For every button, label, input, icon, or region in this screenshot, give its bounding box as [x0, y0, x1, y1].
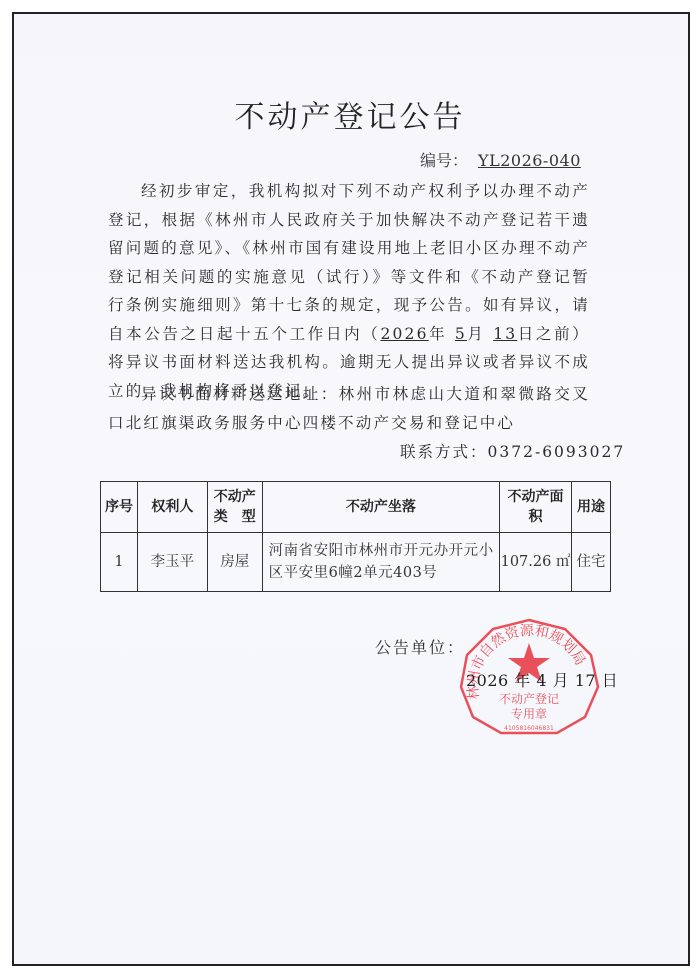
contact-info: 联系方式：0372-6093027 — [400, 440, 625, 462]
document-title: 不动产登记公告 — [0, 92, 700, 136]
header-type: 不动产类 型 — [207, 482, 262, 533]
cell-usage: 住宅 — [572, 533, 611, 592]
seal-code: 4105816046831 — [504, 725, 554, 732]
deadline-year: 2026 — [380, 325, 428, 343]
table-row: 1 李玉平 房屋 河南省安阳市林州市开元办开元小区平安里6幢2单元403号 10… — [101, 533, 611, 592]
cell-area: 107.26 ㎡ — [500, 533, 572, 592]
property-table: 序号 权利人 不动产类 型 不动产坐落 不动产面 积 用途 1 李玉平 房屋 河… — [100, 481, 611, 592]
objection-address-paragraph: 异议书面材料送达地址：林州市林虑山大道和翠微路交叉口北红旗渠政务服务中心四楼不动… — [108, 380, 590, 437]
cell-type: 房屋 — [207, 533, 262, 592]
deadline-month: 5 — [455, 325, 467, 343]
month-char: 月 — [467, 325, 486, 343]
table-header-row: 序号 权利人 不动产类 型 不动产坐落 不动产面 积 用途 — [101, 482, 611, 533]
header-owner: 权利人 — [137, 482, 207, 533]
notice-paragraph: 经初步审定，我机构拟对下列不动产权利予以办理不动产登记，根据《林州市人民政府关于… — [108, 177, 590, 405]
issuer-label: 公告单位： — [375, 635, 465, 658]
contact-phone: 0372-6093027 — [488, 443, 626, 461]
cell-index: 1 — [101, 533, 138, 592]
cell-owner: 李玉平 — [137, 533, 207, 592]
contact-label: 联系方式： — [400, 443, 488, 461]
document-number-value: YL2026-040 — [468, 151, 581, 170]
document-number: 编号：YL2026-040 — [420, 148, 581, 171]
seal-center-line2: 专用章 — [511, 706, 547, 721]
seal-center-line1: 不动产登记 — [499, 691, 559, 706]
header-index: 序号 — [101, 482, 138, 533]
notice-text: 经初步审定，我机构拟对下列不动产权利予以办理不动产登记，根据《林州市人民政府关于… — [108, 182, 590, 343]
document-number-label: 编号： — [420, 151, 468, 170]
header-location: 不动产坐落 — [262, 482, 499, 533]
cell-location: 河南省安阳市林州市开元办开元小区平安里6幢2单元403号 — [262, 533, 499, 592]
deadline-day: 13 — [493, 325, 517, 343]
year-char: 年 — [429, 325, 448, 343]
issue-date: 2026 年 4 月 17 日 — [466, 668, 618, 691]
header-area: 不动产面 积 — [500, 482, 572, 533]
